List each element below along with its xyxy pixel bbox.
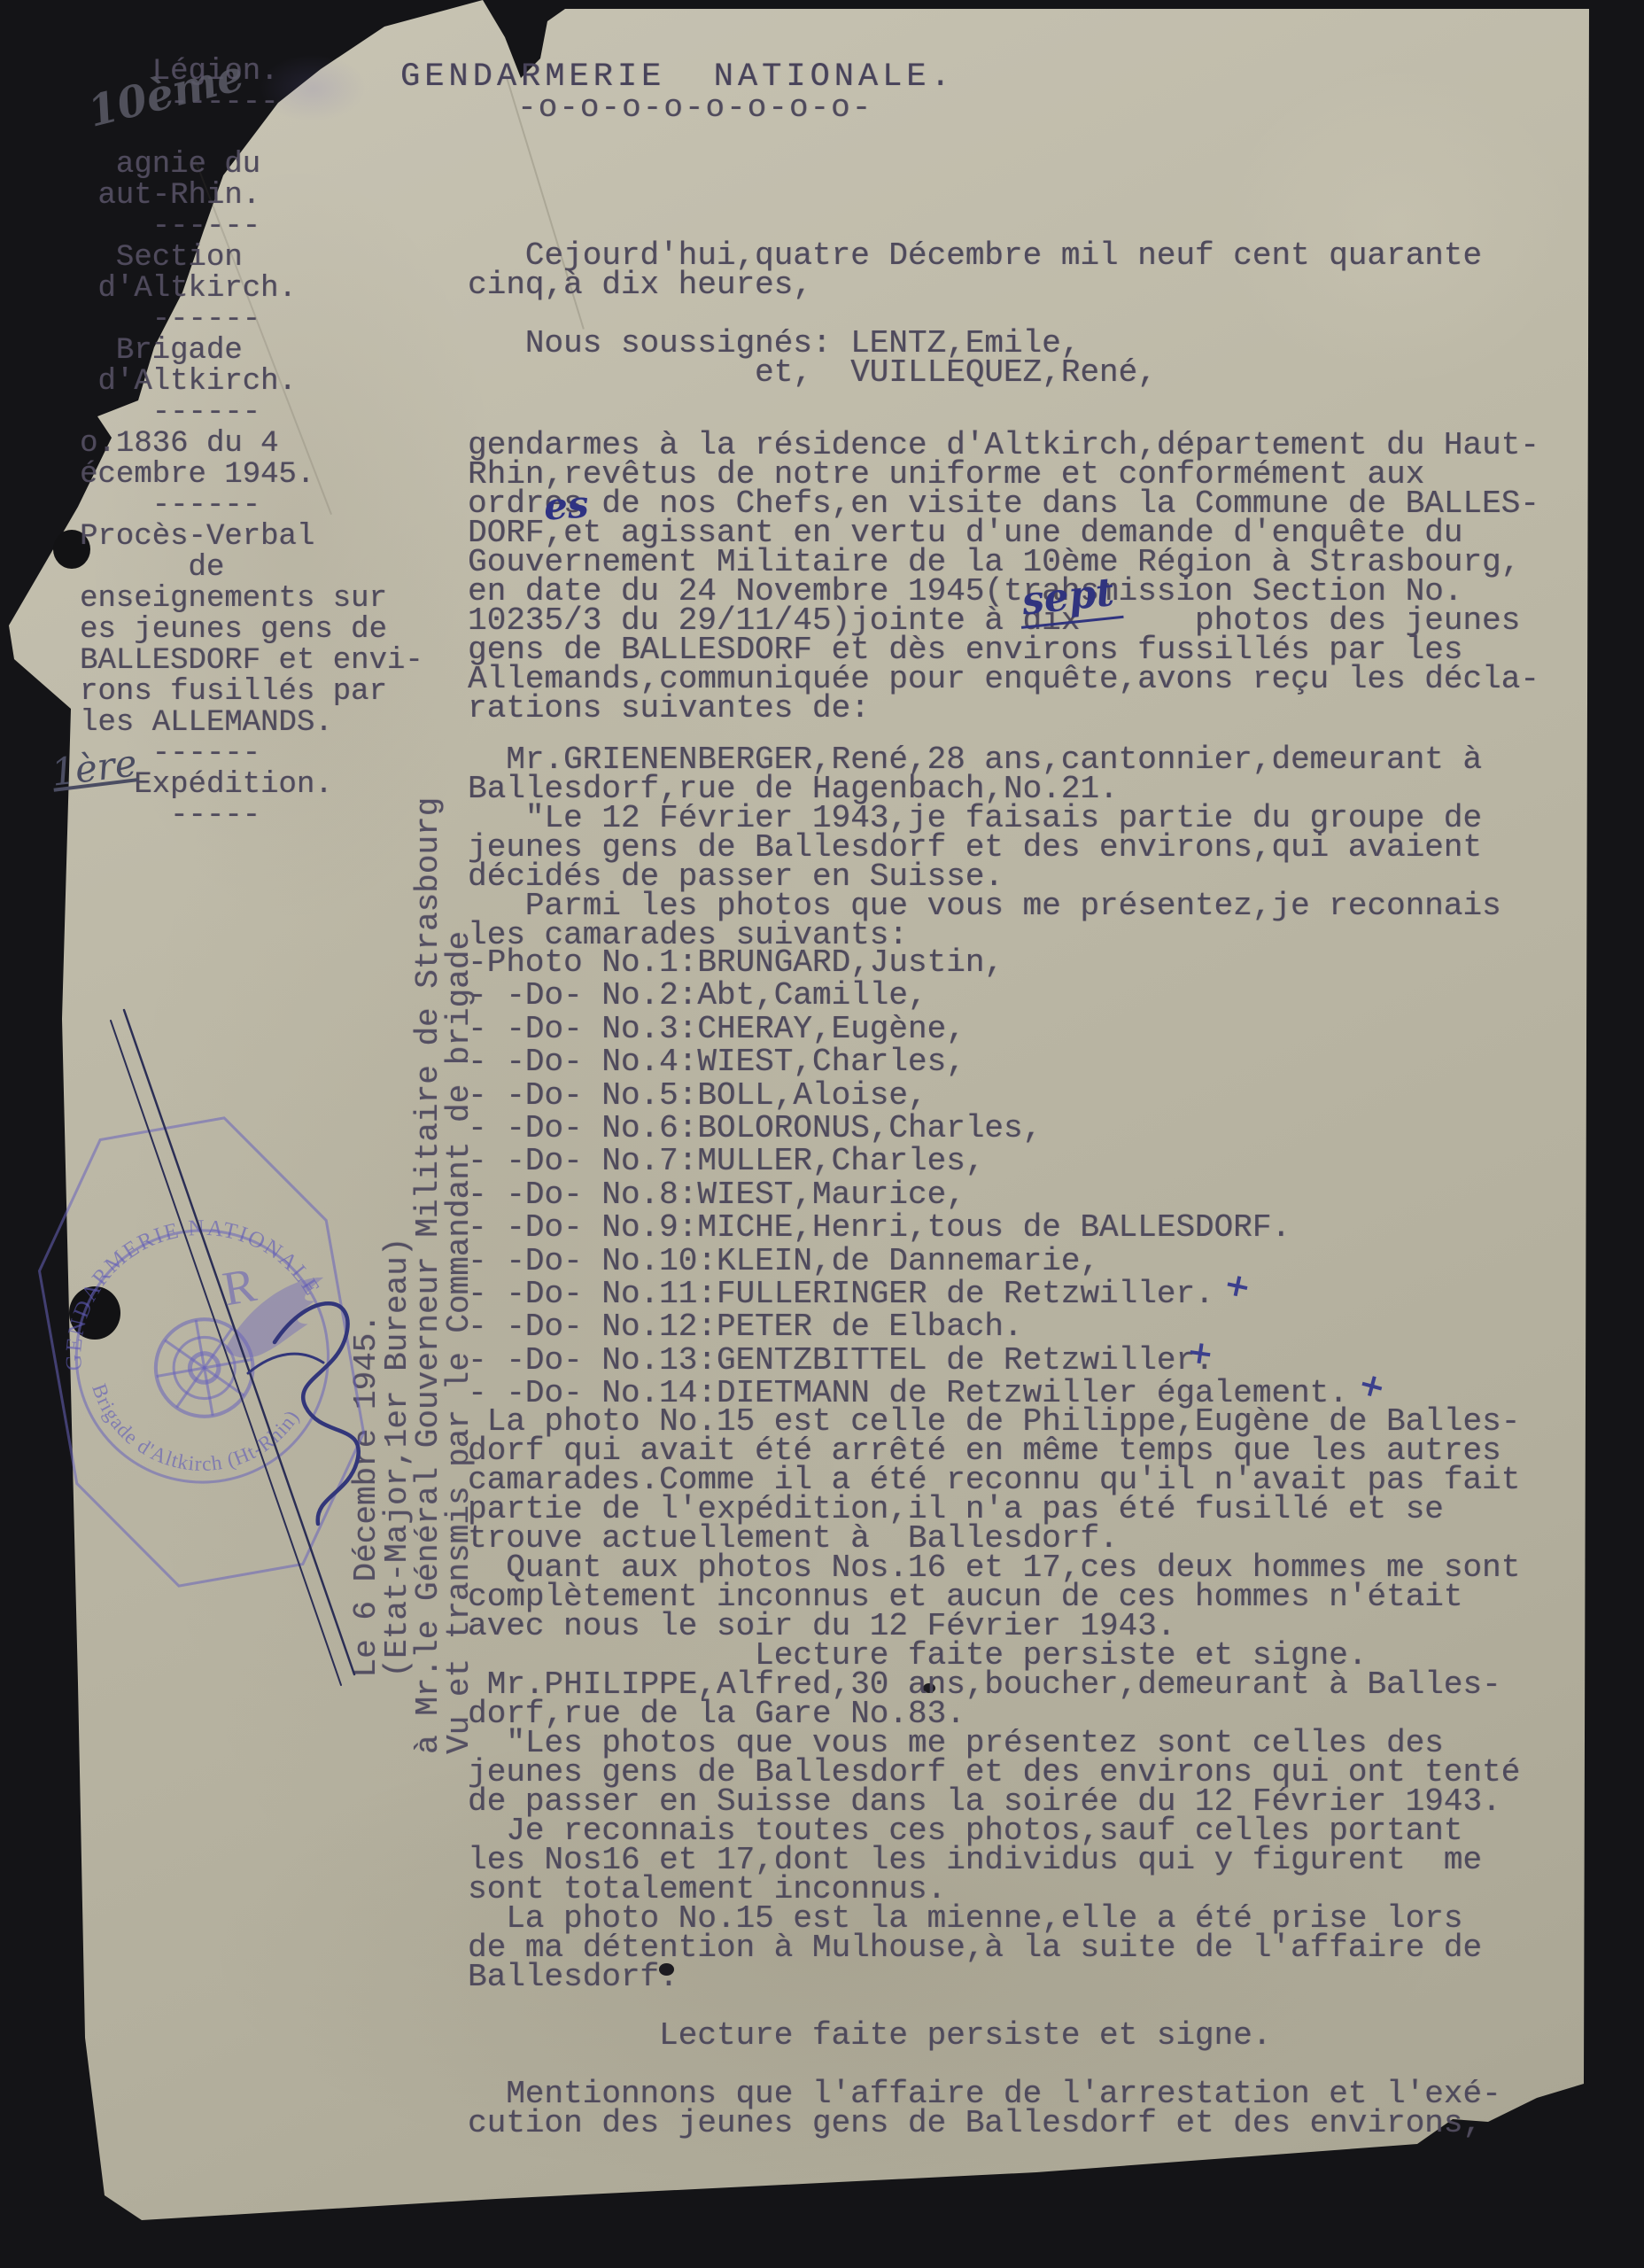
declaration-paragraph: gendarmes à la résidence d'Altkirch,dépa… (468, 431, 1539, 723)
ornament-divider: -o-o-o-o-o-o-o-o- (517, 89, 872, 126)
list-item: -Photo No.1:BRUNGARD,Justin, (468, 946, 1348, 979)
margin-line: de (80, 553, 423, 584)
photo-identification-list: -Photo No.1:BRUNGARD,Justin,- -Do- No.2:… (468, 946, 1348, 1410)
witness-grienenberger-paragraph: Mr.GRIENENBERGER,René,28 ans,cantonnier,… (468, 745, 1501, 950)
list-item: - -Do- No.2:Abt,Camille, (468, 979, 1348, 1012)
list-item: - -Do- No.9:MICHE,Henri,tous de BALLESDO… (468, 1211, 1348, 1244)
margin-line: ------ (80, 212, 423, 243)
text-line: cution des jeunes gens de Ballesdorf et … (468, 2109, 1520, 2138)
list-item: - -Do- No.8:WIEST,Maurice, (468, 1178, 1348, 1211)
text-line: et, VUILLEQUEZ,René, (468, 358, 1482, 387)
margin-line: rons fusillés par (80, 677, 423, 708)
text-line: cinq,à dix heures, (468, 270, 1482, 299)
margin-line: aut-Rhin. (80, 181, 423, 212)
handwritten-check-mark: + (1184, 1332, 1216, 1373)
text-line: Ballesdorf. (468, 1962, 1520, 1992)
margin-line: ------ (80, 398, 423, 429)
margin-line: écembre 1945. (80, 460, 423, 491)
list-item: - -Do- No.11:FULLERINGER de Retzwiller. (468, 1278, 1348, 1310)
list-item: - -Do- No.4:WIEST,Charles, (468, 1045, 1348, 1078)
margin-line: enseignements sur (80, 584, 423, 615)
margin-line: BALLESDORF et envi- (80, 646, 423, 677)
list-item: - -Do- No.10:KLEIN,de Dannemarie, (468, 1245, 1348, 1278)
closing-paragraphs: La photo No.15 est celle de Philippe,Eug… (468, 1407, 1520, 2138)
opening-paragraph: Cejourd'hui,quatre Décembre mil neuf cen… (468, 241, 1482, 387)
margin-line: o.1836 du 4 (80, 429, 423, 460)
margin-line: ------ (80, 305, 423, 336)
margin-line: es jeunes gens de (80, 615, 423, 646)
list-item: - -Do- No.7:MULLER,Charles, (468, 1145, 1348, 1177)
signature-icon (49, 1001, 474, 1772)
margin-line: d'Altkirch. (80, 367, 423, 398)
scanned-document-page: { "document": { "header": { "agency": "G… (0, 0, 1644, 2268)
margin-line: ------ (80, 491, 423, 522)
margin-line: Section (80, 243, 423, 274)
margin-line: agnie du (80, 150, 423, 181)
margin-line: Brigade (80, 336, 423, 367)
text-line: rations suivantes de: (468, 694, 1539, 723)
list-item: - -Do- No.12:PETER de Elbach. (468, 1310, 1348, 1343)
margin-line: Procès-Verbal (80, 522, 423, 553)
list-item: - -Do- No.13:GENTZBITTEL de Retzwiller. (468, 1344, 1348, 1377)
signature-ink (49, 1001, 474, 1772)
list-item: - -Do- No.3:CHERAY,Eugène, (468, 1013, 1348, 1045)
list-item: - -Do- No.5:BOLL,Aloise, (468, 1079, 1348, 1112)
margin-line: d'Altkirch. (80, 274, 423, 305)
text-line: Lecture faite persiste et signe. (468, 2021, 1520, 2050)
list-item: - -Do- No.6:BOLORONUS,Charles, (468, 1112, 1348, 1145)
handwritten-ink-correction: es (542, 482, 590, 528)
